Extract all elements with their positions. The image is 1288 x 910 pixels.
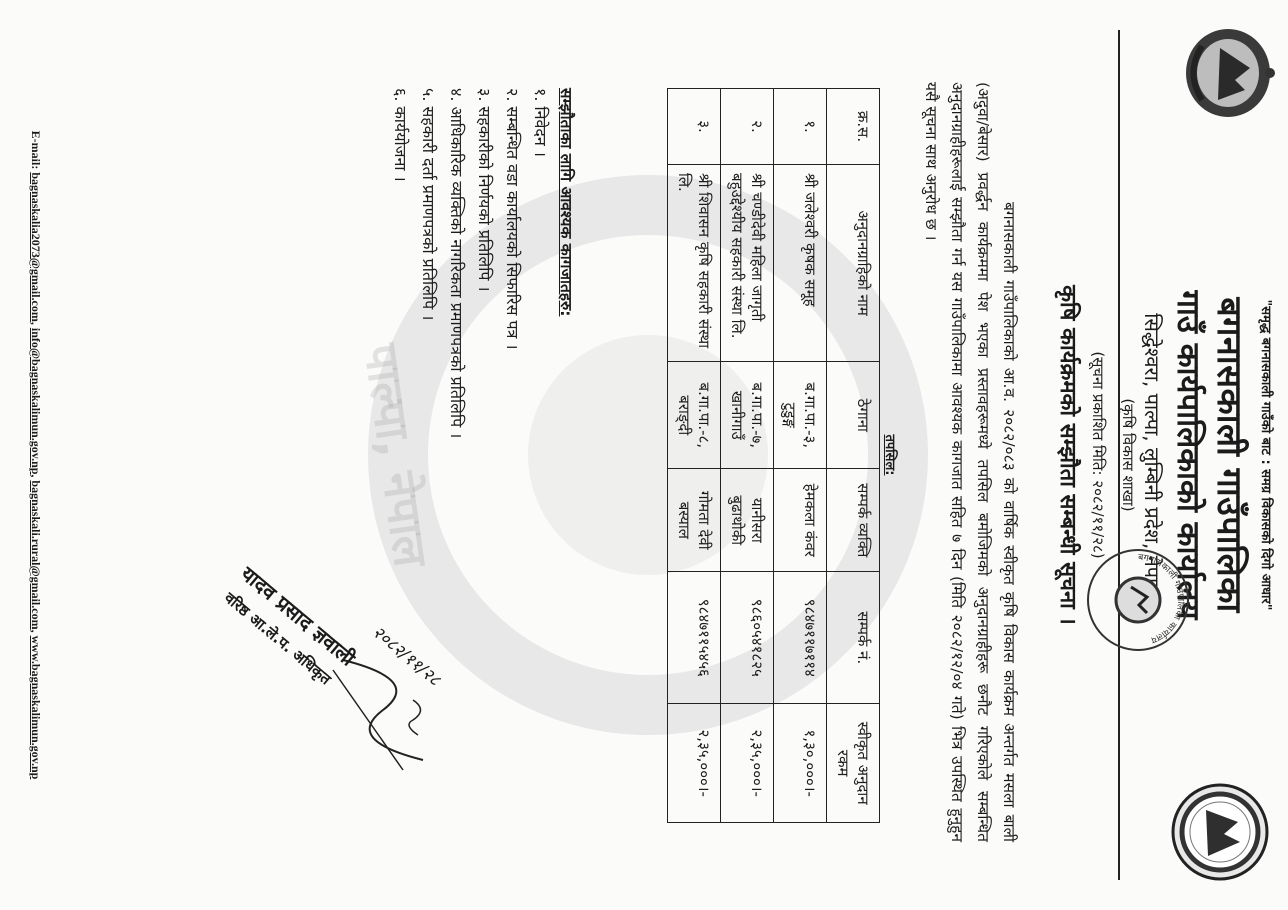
footer-email-label: E-mail:: [29, 131, 43, 173]
list-item: ४. आधिकारिक व्यक्तिको नागरिकता प्रमाणपत्…: [442, 88, 470, 438]
required-documents-list: १. निवेदन । २. सम्बन्धित वडा कार्यालयको …: [386, 88, 554, 438]
cell-contact-number: ९८६०५४१८२५: [721, 572, 774, 704]
cell-address: ब.गा.पा.-८, बराङ्दी: [668, 362, 721, 469]
cell-serial: ३.: [668, 89, 721, 165]
cell-address: ब.गा.पा.-३, टुडुङ्ग: [774, 362, 827, 469]
col-address: ठेगाना: [827, 362, 880, 469]
office-name: गाउँ कार्यपालिकाको कार्यालय: [1168, 0, 1210, 910]
col-contact-number: सम्पर्क नं.: [827, 572, 880, 704]
col-approved-amount: स्वीकृत अनुदान रकम: [827, 704, 880, 823]
email-link-1[interactable]: bagnaskalia2073@gmail.com: [29, 172, 43, 322]
cell-address: ब.गा.पा.-७, खानीगाउँ: [721, 362, 774, 469]
website-link[interactable]: www.bagnaskalimun.gov.np: [29, 636, 43, 780]
table-row: १. श्री जलेश्वरी कृषक समूह ब.गा.पा.-३, ट…: [774, 89, 827, 823]
table-row: २. श्री चण्डीदेवी महिला जागृती बहुउद्देश…: [721, 89, 774, 823]
cell-grantee-name: श्री जलेश्वरी कृषक समूह: [774, 165, 827, 362]
cell-contact-person: गोमता देवी बस्याल: [668, 469, 721, 572]
email-link-2[interactable]: info@bagnaskalimun.gov.np: [29, 328, 43, 475]
email-link-3[interactable]: bagnaskali.rural@gmail.com: [29, 480, 43, 629]
list-item: ६. कार्ययोजना ।: [386, 88, 414, 438]
grantees-table: क्र.स. अनुदानग्राहिको नाम ठेगाना सम्पर्क…: [667, 88, 880, 823]
cell-serial: १.: [774, 89, 827, 165]
cell-contact-number: ९८४७११७११४: [774, 572, 827, 704]
cell-contact-number: ९८४७११५४५६: [668, 572, 721, 704]
motto: "समृद्ध बगनासकाली गाउँको बाट : समग्र विक…: [1258, 0, 1276, 910]
cell-contact-person: हेमकला कंवर: [774, 469, 827, 572]
notice-title: कृषि कार्यक्रमको सम्झौता सम्बन्धी सूचना …: [1054, 0, 1084, 910]
list-item: १. निवेदन ।: [526, 88, 554, 438]
cell-grantee-name: श्री शिवासन कृषि सहकारी संस्था लि.: [668, 165, 721, 362]
table-header-row: क्र.स. अनुदानग्राहिको नाम ठेगाना सम्पर्क…: [827, 89, 880, 823]
cell-approved-amount: १,३०,०००।-: [774, 704, 827, 823]
col-contact-person: सम्पर्क व्यक्ति: [827, 469, 880, 572]
office-address: सिद्धेश्वरा, पाल्पा, लुम्बिनी प्रदेश, ने…: [1139, 0, 1166, 910]
table-caption: तपसिल:: [882, 0, 900, 910]
header-divider: [1118, 30, 1120, 880]
col-serial: क्र.स.: [827, 89, 880, 165]
cell-contact-person: यानीसरा बुढाथोकी: [721, 469, 774, 572]
published-date: (सूचना प्रकाशित मिति: २०८२/११/२८): [1088, 0, 1108, 910]
table-row: ३. श्री शिवासन कृषि सहकारी संस्था लि. ब.…: [668, 89, 721, 823]
notice-document-page: पाल्पा, नेपाल "समृद्ध बगनासकाली गाउँको ब…: [0, 0, 1288, 910]
cell-approved-amount: २,३५,०००।-: [721, 704, 774, 823]
municipality-name: बगनासकाली गाउँपालिका: [1208, 0, 1254, 910]
required-documents-heading: सम्झौताका लागि आवश्यक कागजातहरु:: [556, 88, 578, 317]
cell-approved-amount: २,३५,०००।-: [668, 704, 721, 823]
list-item: ३. सहकारीको निर्णयको प्रतिलिपि ।: [470, 88, 498, 438]
col-grantee-name: अनुदानग्राहिको नाम: [827, 165, 880, 362]
branch-name: (कृषि विकास शाखा): [1118, 0, 1138, 910]
notice-body: बगनासकाली गाउँपालिकाको आ.व. २०८२/०८३ को …: [919, 82, 1023, 842]
contact-footer: E-mail: bagnaskalia2073@gmail.com, info@…: [28, 0, 43, 910]
list-item: २. सम्बन्धित वडा कार्यालयको सिफारिस पत्र…: [498, 88, 526, 438]
list-item: ५. सहकारी दर्ता प्रमाणपत्रको प्रतिलिपि ।: [414, 88, 442, 438]
cell-serial: २.: [721, 89, 774, 165]
cell-grantee-name: श्री चण्डीदेवी महिला जागृती बहुउद्देश्यी…: [721, 165, 774, 362]
